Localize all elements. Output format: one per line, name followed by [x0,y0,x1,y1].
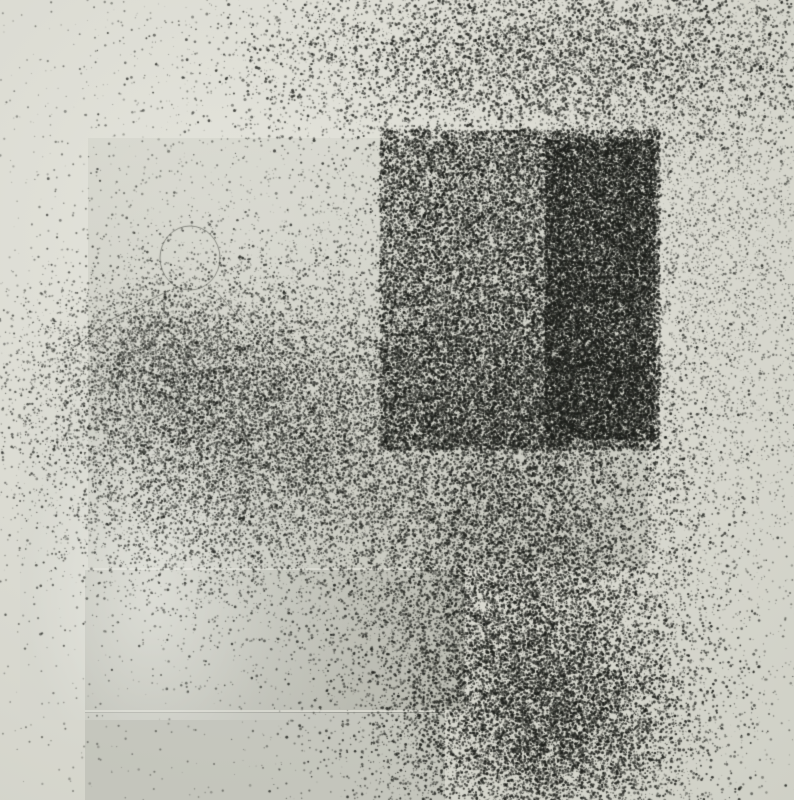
artwork-photograph [0,0,794,800]
spray-speckle-layer [0,0,794,800]
